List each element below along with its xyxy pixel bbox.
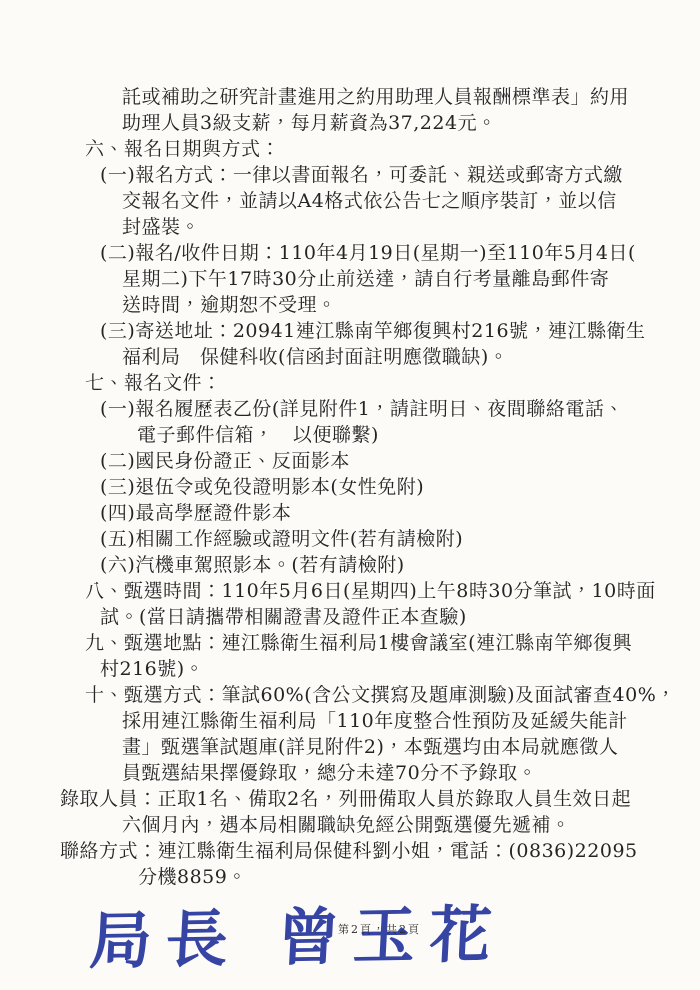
text-line: 交報名文件，並請以A4格式依公告七之順序裝訂，並以信 xyxy=(0,188,700,214)
text-line: (六)汽機車駕照影本。(若有請檢附) xyxy=(0,552,700,578)
text-line: 九、甄選地點：連江縣衛生福利局1樓會議室(連江縣南竿鄉復興 xyxy=(0,630,700,656)
text-line: (三)退伍令或免役證明影本(女性免附) xyxy=(0,474,700,500)
text-line: 員甄選結果擇優錄取，總分未達70分不予錄取。 xyxy=(0,760,700,786)
text-line: 村216號)。 xyxy=(0,656,700,682)
text-line: 試。(當日請攜帶相關證書及證件正本查驗) xyxy=(0,604,700,630)
text-line: 封盛裝。 xyxy=(0,214,700,240)
text-line: 電子郵件信箱， 以便聯繫) xyxy=(0,422,700,448)
page-number: 第2頁，共2頁 xyxy=(338,921,421,937)
director-signature: 局長 曾玉花 xyxy=(88,884,508,980)
text-line: (一)報名履歷表乙份(詳見附件1，請註明日、夜間聯絡電話、 xyxy=(0,396,700,422)
text-line: 十、甄選方式：筆試60%(含公文撰寫及題庫測驗)及面試審查40%， xyxy=(0,682,700,708)
text-line: 福利局 保健科收(信函封面註明應徵職缺)。 xyxy=(0,344,700,370)
text-line: 八、甄選時間：110年5月6日(星期四)上午8時30分筆試，10時面 xyxy=(0,578,700,604)
text-line: 採用連江縣衛生福利局「110年度整合性預防及延緩失能計 xyxy=(0,708,700,734)
text-line: (四)最高學歷證件影本 xyxy=(0,500,700,526)
text-line: (二)國民身份證正、反面影本 xyxy=(0,448,700,474)
document-page: 託或補助之研究計畫進用之約用助理人員報酬標準表」約用助理人員3級支薪，每月薪資為… xyxy=(0,0,700,990)
text-line: 星期二)下午17時30分止前送達，請自行考量離島郵件寄 xyxy=(0,266,700,292)
text-line: 送時間，逾期恕不受理。 xyxy=(0,292,700,318)
text-line: (一)報名方式：一律以書面報名，可委託、親送或郵寄方式繳 xyxy=(0,162,700,188)
text-line: 七、報名文件： xyxy=(0,370,700,396)
text-line: (三)寄送地址：20941連江縣南竿鄉復興村216號，連江縣衛生 xyxy=(0,318,700,344)
text-line: 畫」甄選筆試題庫(詳見附件2)，本甄選均由本局就應徵人 xyxy=(0,734,700,760)
text-line: (五)相關工作經驗或證明文件(若有請檢附) xyxy=(0,526,700,552)
document-body: 託或補助之研究計畫進用之約用助理人員報酬標準表」約用助理人員3級支薪，每月薪資為… xyxy=(0,84,700,890)
text-line: 助理人員3級支薪，每月薪資為37,224元。 xyxy=(0,110,700,136)
text-line: 六、報名日期與方式： xyxy=(0,136,700,162)
text-line: 託或補助之研究計畫進用之約用助理人員報酬標準表」約用 xyxy=(0,84,700,110)
text-line: (二)報名/收件日期：110年4月19日(星期一)至110年5月4日( xyxy=(0,240,700,266)
text-line: 六個月內，遇本局相關職缺免經公開甄選優先遞補。 xyxy=(0,812,700,838)
text-line: 錄取人員：正取1名、備取2名，列冊備取人員於錄取人員生效日起 xyxy=(0,786,700,812)
text-line: 聯絡方式：連江縣衛生福利局保健科劉小姐，電話：(0836)22095 xyxy=(0,838,700,864)
